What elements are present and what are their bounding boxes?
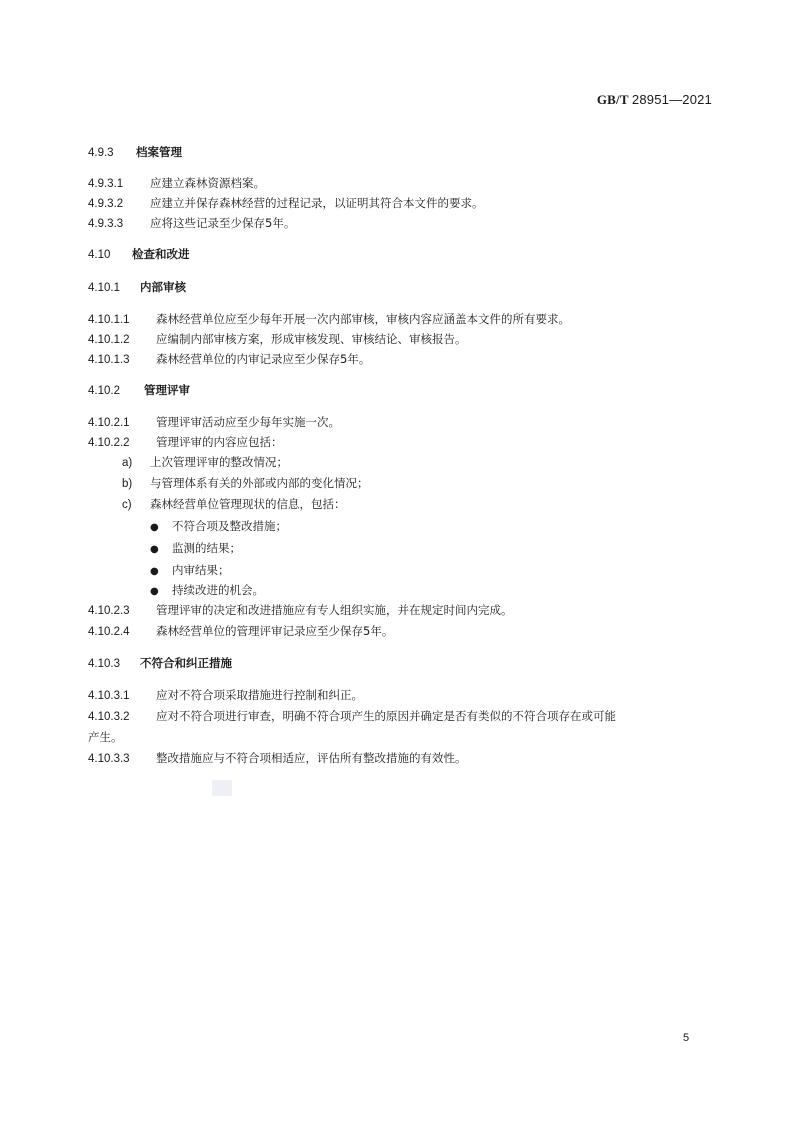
list-item-c: c)森林经营单位管理现状的信息，包括：	[122, 496, 346, 513]
clause-4-10-1-3: 4.10.1.3森林经营单位的内审记录应至少保存5年。	[88, 351, 370, 368]
scan-artifact	[212, 780, 232, 796]
clause-4-10-2-3: 4.10.2.3管理评审的决定和改进措施应有专人组织实施，并在规定时间内完成。	[88, 602, 513, 619]
clause-4-10-2-1: 4.10.2.1管理评审活动应至少每年实施一次。	[88, 414, 340, 431]
bullet-text: 持续改进的机会。	[172, 583, 264, 597]
section-heading-4-10-3: 4.10.3 不符合和纠正措施	[88, 655, 232, 672]
section-heading-4-9-3: 4.9.3 档案管理	[88, 144, 182, 161]
clause-4-10-1-2: 4.10.1.2应编制内部审核方案，形成审核发现、审核结论、审核报告。	[88, 331, 467, 348]
clause-text: 应对不符合项进行审查，明确不符合项产生的原因并确定是否有类似的不符合项存在或可能	[156, 709, 616, 723]
section-title: 检查和改进	[132, 247, 190, 261]
clause-text: 森林经营单位的管理评审记录应至少保存5年。	[156, 624, 393, 638]
bullet-item: ●不符合项及整改措施；	[150, 518, 287, 536]
clause-text: 森林经营单位的内审记录应至少保存5年。	[156, 352, 370, 366]
clause-number: 4.10.3.2	[88, 709, 156, 725]
clause-text: 应编制内部审核方案，形成审核发现、审核结论、审核报告。	[156, 332, 467, 346]
section-title: 档案管理	[136, 145, 182, 159]
clause-text: 应将这些记录至少保存5年。	[150, 216, 295, 230]
section-number: 4.10.2	[88, 383, 140, 399]
bullet-icon: ●	[150, 564, 172, 580]
standard-header: GB/T 28951—2021	[597, 92, 712, 108]
list-label: a)	[122, 455, 150, 471]
clause-text: 应对不符合项采取措施进行控制和纠正。	[156, 688, 363, 702]
list-text: 森林经营单位管理现状的信息，包括：	[150, 497, 346, 511]
list-text: 上次管理评审的整改情况；	[150, 455, 288, 469]
bullet-icon: ●	[150, 520, 172, 536]
section-title: 内部审核	[140, 280, 186, 294]
clause-4-10-3-2-continuation: 产生。	[88, 729, 123, 745]
page-number: 5	[683, 1032, 689, 1044]
standard-number: 28951—2021	[632, 92, 712, 107]
section-heading-4-10-1: 4.10.1 内部审核	[88, 279, 186, 296]
clause-4-9-3-3: 4.9.3.3应将这些记录至少保存5年。	[88, 215, 295, 232]
clause-text: 整改措施应与不符合项相适应，评估所有整改措施的有效性。	[156, 751, 467, 765]
clause-text: 森林经营单位应至少每年开展一次内部审核，审核内容应涵盖本文件的所有要求。	[156, 312, 570, 326]
clause-number: 4.10.2.3	[88, 603, 156, 619]
bullet-icon: ●	[150, 542, 172, 558]
clause-number: 4.9.3.3	[88, 216, 150, 232]
clause-number: 4.10.1.1	[88, 312, 156, 328]
bullet-text: 不符合项及整改措施；	[172, 519, 287, 533]
bullet-item: ●持续改进的机会。	[150, 582, 264, 600]
clause-4-10-1-1: 4.10.1.1森林经营单位应至少每年开展一次内部审核，审核内容应涵盖本文件的所…	[88, 311, 570, 328]
clause-number: 4.10.1.2	[88, 332, 156, 348]
section-number: 4.10.1	[88, 280, 136, 296]
clause-text: 管理评审的内容应包括：	[156, 435, 283, 449]
bullet-icon: ●	[150, 584, 172, 600]
clause-text: 应建立并保存森林经营的过程记录，以证明其符合本文件的要求。	[150, 196, 484, 210]
clause-number: 4.10.3.1	[88, 688, 156, 704]
standard-prefix: GB/T	[597, 92, 629, 107]
section-heading-4-10: 4.10 检查和改进	[88, 246, 190, 263]
clause-text: 管理评审活动应至少每年实施一次。	[156, 415, 340, 429]
list-item-b: b)与管理体系有关的外部或内部的变化情况；	[122, 475, 369, 492]
clause-number: 4.9.3.1	[88, 176, 150, 192]
clause-4-10-3-2: 4.10.3.2应对不符合项进行审查，明确不符合项产生的原因并确定是否有类似的不…	[88, 708, 616, 725]
clause-number: 4.10.2.4	[88, 624, 156, 640]
section-title: 不符合和纠正措施	[140, 656, 232, 670]
clause-text: 应建立森林资源档案。	[150, 176, 265, 190]
list-text: 与管理体系有关的外部或内部的变化情况；	[150, 476, 369, 490]
clause-number: 4.9.3.2	[88, 196, 150, 212]
section-title: 管理评审	[144, 383, 190, 397]
section-number: 4.9.3	[88, 145, 132, 161]
clause-number: 4.10.2.1	[88, 415, 156, 431]
clause-text: 管理评审的决定和改进措施应有专人组织实施，并在规定时间内完成。	[156, 603, 513, 617]
bullet-text: 监测的结果；	[172, 541, 241, 555]
clause-4-10-2-2: 4.10.2.2管理评审的内容应包括：	[88, 434, 283, 451]
section-heading-4-10-2: 4.10.2 管理评审	[88, 382, 190, 399]
clause-4-10-3-1: 4.10.3.1应对不符合项采取措施进行控制和纠正。	[88, 687, 363, 704]
clause-number: 4.10.2.2	[88, 435, 156, 451]
clause-text: 产生。	[88, 730, 123, 744]
clause-4-9-3-1: 4.9.3.1应建立森林资源档案。	[88, 175, 265, 192]
list-label: c)	[122, 497, 150, 513]
list-label: b)	[122, 476, 150, 492]
clause-4-10-2-4: 4.10.2.4森林经营单位的管理评审记录应至少保存5年。	[88, 623, 393, 640]
clause-4-9-3-2: 4.9.3.2应建立并保存森林经营的过程记录，以证明其符合本文件的要求。	[88, 195, 484, 212]
bullet-text: 内审结果；	[172, 563, 230, 577]
list-item-a: a)上次管理评审的整改情况；	[122, 454, 288, 471]
bullet-item: ●内审结果；	[150, 562, 230, 580]
clause-number: 4.10.1.3	[88, 352, 156, 368]
bullet-item: ●监测的结果；	[150, 540, 241, 558]
section-number: 4.10	[88, 247, 128, 263]
clause-number: 4.10.3.3	[88, 751, 156, 767]
clause-4-10-3-3: 4.10.3.3整改措施应与不符合项相适应，评估所有整改措施的有效性。	[88, 750, 467, 767]
section-number: 4.10.3	[88, 656, 136, 672]
